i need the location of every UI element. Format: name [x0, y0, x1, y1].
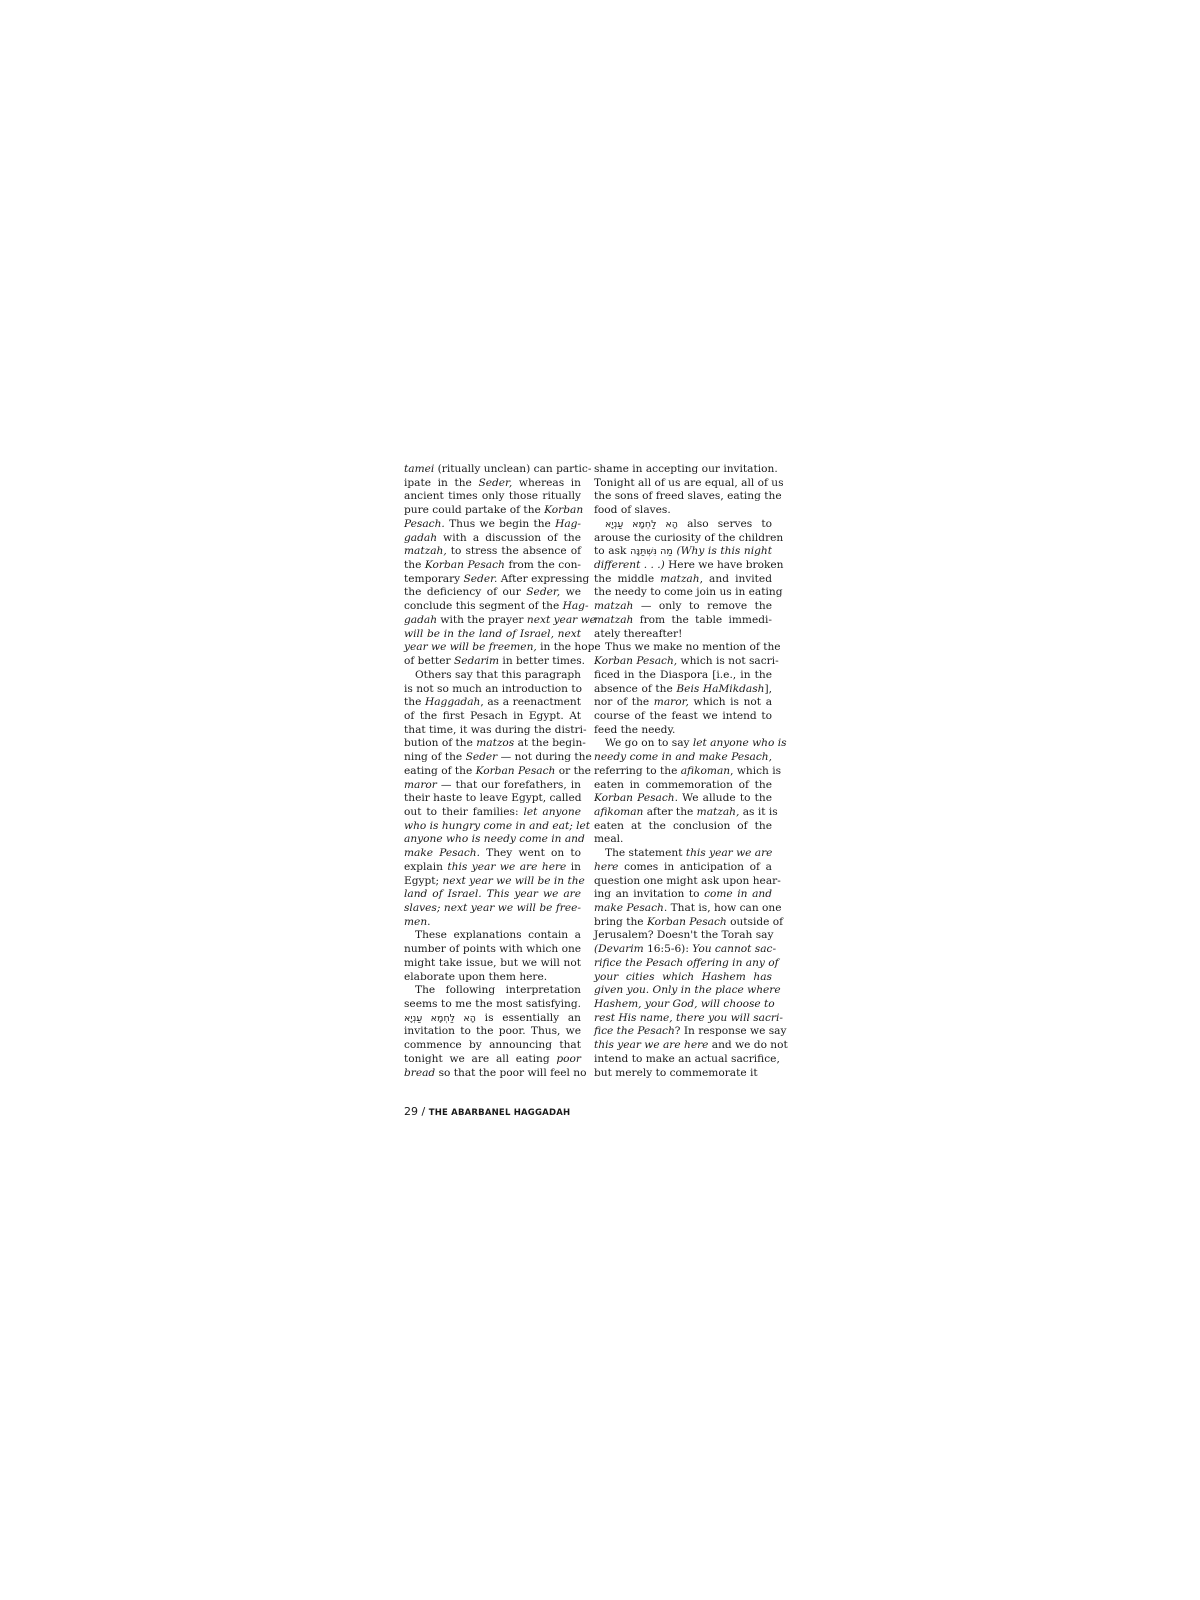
text-line: make Pesach. They went on to: [404, 847, 581, 861]
text-line: הָא לַחְמָא עַנְיָא also serves to: [594, 518, 772, 532]
text-line: course of the feast we intend to: [594, 710, 772, 724]
text-line: elaborate upon them here.: [404, 971, 581, 985]
text-line: ning of the Seder — not during the: [404, 751, 581, 765]
text-line: this year we are here and we do not: [594, 1039, 772, 1053]
text-line: who is hungry come in and eat; let: [404, 820, 581, 834]
text-line: that time, it was during the distri-: [404, 724, 581, 738]
text-line: tamei (ritually unclean) can partic-: [404, 463, 581, 477]
text-line: הָא לַחְמָא עַנְיָא is essentially an: [404, 1012, 581, 1026]
text-line: anyone who is needy come in and: [404, 833, 581, 847]
text-line: bring the Korban Pesach outside of: [594, 916, 772, 930]
text-line: (Devarim 16:5-6): You cannot sac-: [594, 943, 772, 957]
text-line: Hashem, your God, will choose to: [594, 998, 772, 1012]
text-line: commence by announcing that: [404, 1039, 581, 1053]
text-line: gadah with the prayer next year we: [404, 614, 581, 628]
text-line: matzah from the table immedi-: [594, 614, 772, 628]
text-line: land of Israel. This year we are: [404, 888, 581, 902]
text-line: These explanations contain a: [404, 929, 581, 943]
text-line: gadah with a discussion of the: [404, 532, 581, 546]
text-line: your cities which Hashem has: [594, 971, 772, 985]
text-line: the needy to come join us in eating: [594, 586, 772, 600]
text-line: to ask מַה נִּשְׁתַּנָּה (Why is this ni…: [594, 545, 772, 559]
text-line: afikoman after the matzah, as it is: [594, 806, 772, 820]
text-line: ipate in the Seder, whereas in: [404, 477, 581, 491]
text-line: eating of the Korban Pesach or the: [404, 765, 581, 779]
text-line: food of slaves.: [594, 504, 772, 518]
text-line: ing an invitation to come in and: [594, 888, 772, 902]
text-line: the Haggadah, as a reenactment: [404, 696, 581, 710]
page-footer: 29 / THE ABARBANEL HAGGADAH: [404, 1105, 570, 1118]
text-line: Korban Pesach, which is not sacri-: [594, 655, 772, 669]
text-line: but merely to commemorate it: [594, 1067, 772, 1081]
text-line: meal.: [594, 833, 772, 847]
text-line: absence of the Beis HaMikdash],: [594, 683, 772, 697]
text-line: Jerusalem? Doesn't the Torah say: [594, 929, 772, 943]
text-line: explain this year we are here in: [404, 861, 581, 875]
text-line: shame in accepting our invitation.: [594, 463, 772, 477]
text-line: Egypt; next year we will be in the: [404, 875, 581, 889]
text-line: the Korban Pesach from the con-: [404, 559, 581, 573]
text-line: ficed in the Diaspora [i.e., in the: [594, 669, 772, 683]
text-line: of better Sedarim in better times.: [404, 655, 581, 669]
text-line: is not so much an introduction to: [404, 683, 581, 697]
text-line: nor of the maror, which is not a: [594, 696, 772, 710]
text-line: eaten at the conclusion of the: [594, 820, 772, 834]
text-line: the deficiency of our Seder, we: [404, 586, 581, 600]
text-line: arouse the curiosity of the children: [594, 532, 772, 546]
text-line: Korban Pesach. We allude to the: [594, 792, 772, 806]
text-line: needy come in and make Pesach,: [594, 751, 772, 765]
text-line: might take issue, but we will not: [404, 957, 581, 971]
text-line: temporary Seder. After expressing: [404, 573, 581, 587]
text-line: intend to make an actual sacrifice,: [594, 1053, 772, 1067]
text-line: The following interpretation: [404, 984, 581, 998]
text-line: We go on to say let anyone who is: [594, 737, 772, 751]
text-line: referring to the afikoman, which is: [594, 765, 772, 779]
hebrew-ha-lachma-anya: הָא לַחְמָא עַנְיָא: [404, 1013, 476, 1024]
text-line: ately thereafter!: [594, 628, 772, 642]
text-line: The statement this year we are: [594, 847, 772, 861]
text-line: year we will be freemen, in the hope: [404, 641, 581, 655]
text-line: men.: [404, 916, 581, 930]
text-line: invitation to the poor. Thus, we: [404, 1025, 581, 1039]
text-line: seems to me the most satisfying.: [404, 998, 581, 1012]
text-line: question one might ask upon hear-: [594, 875, 772, 889]
text-line: matzah, to stress the absence of: [404, 545, 581, 559]
text-line: the middle matzah, and invited: [594, 573, 772, 587]
text-line: Pesach. Thus we begin the Hag-: [404, 518, 581, 532]
text-line: tonight we are all eating poor: [404, 1053, 581, 1067]
book-page: tamei (ritually unclean) can partic-ipat…: [0, 0, 1200, 1600]
text-line: their haste to leave Egypt, called: [404, 792, 581, 806]
text-line: eaten in commemoration of the: [594, 779, 772, 793]
text-line: make Pesach. That is, how can one: [594, 902, 772, 916]
right-text-column: shame in accepting our invitation.Tonigh…: [594, 463, 772, 1080]
page-number: 29: [404, 1105, 418, 1118]
text-line: here comes in anticipation of a: [594, 861, 772, 875]
text-line: rest His name, there you will sacri-: [594, 1012, 772, 1026]
text-line: fice the Pesach? In response we say: [594, 1025, 772, 1039]
text-line: feed the needy.: [594, 724, 772, 738]
text-line: Tonight all of us are equal, all of us: [594, 477, 772, 491]
text-line: number of points with which one: [404, 943, 581, 957]
hebrew-mah-nishtanah: מַה נִּשְׁתַּנָּה: [630, 546, 673, 557]
text-line: conclude this segment of the Hag-: [404, 600, 581, 614]
text-line: of the first Pesach in Egypt. At: [404, 710, 581, 724]
text-line: Others say that this paragraph: [404, 669, 581, 683]
book-title: THE ABARBANEL HAGGADAH: [429, 1108, 571, 1118]
text-line: out to their families: let anyone: [404, 806, 581, 820]
left-text-column: tamei (ritually unclean) can partic-ipat…: [404, 463, 581, 1080]
hebrew-ha-lachma-anya: הָא לַחְמָא עַנְיָא: [605, 519, 678, 530]
text-line: bread so that the poor will feel no: [404, 1067, 581, 1081]
text-line: matzah — only to remove the: [594, 600, 772, 614]
text-line: given you. Only in the place where: [594, 984, 772, 998]
text-line: maror — that our forefathers, in: [404, 779, 581, 793]
text-line: pure could partake of the Korban: [404, 504, 581, 518]
text-line: Thus we make no mention of the: [594, 641, 772, 655]
text-line: slaves; next year we will be free-: [404, 902, 581, 916]
footer-separator: /: [418, 1105, 429, 1118]
text-line: rifice the Pesach offering in any of: [594, 957, 772, 971]
text-line: ancient times only those ritually: [404, 490, 581, 504]
text-line: the sons of freed slaves, eating the: [594, 490, 772, 504]
text-line: bution of the matzos at the begin-: [404, 737, 581, 751]
text-line: will be in the land of Israel, next: [404, 628, 581, 642]
text-line: different . . .) Here we have broken: [594, 559, 772, 573]
